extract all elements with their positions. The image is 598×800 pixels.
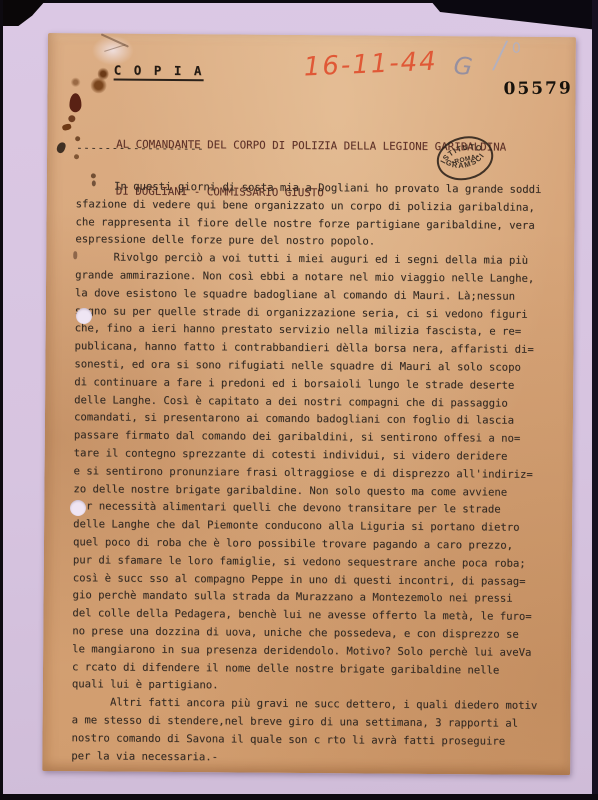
scanner-corner-top-right bbox=[430, 0, 598, 30]
copy-heading: C O P I A bbox=[114, 63, 204, 82]
ink-mark bbox=[56, 141, 67, 154]
document-line: per la via necessaria.- bbox=[71, 748, 537, 769]
stain bbox=[68, 115, 75, 122]
stain bbox=[62, 123, 72, 131]
scanner-edge-bottom bbox=[0, 794, 598, 800]
divider-dashes: ------------------ bbox=[76, 141, 204, 155]
hole-punch bbox=[76, 308, 92, 324]
stain bbox=[92, 180, 96, 186]
scanner-corner-top-left bbox=[0, 0, 46, 26]
pencil-slash-mark: / bbox=[491, 32, 510, 77]
ink-drip-stain bbox=[69, 93, 81, 112]
serial-number-stamp: 05579 bbox=[503, 79, 572, 100]
pencil-mark-letter: G bbox=[452, 51, 474, 81]
stain bbox=[71, 77, 81, 87]
scanned-document-page: { "document": { "copy_label": "C O P I A… bbox=[0, 0, 598, 800]
stain bbox=[73, 251, 77, 259]
stain bbox=[75, 136, 80, 141]
hole-punch bbox=[70, 500, 86, 516]
stain bbox=[74, 154, 79, 159]
scanner-edge-left bbox=[0, 0, 3, 800]
pencil-digit-mark: 0 bbox=[512, 41, 521, 57]
document-body: In questi giorni di sosta mia a Dogliani… bbox=[71, 178, 541, 769]
scanner-edge-right bbox=[592, 0, 598, 800]
handwritten-date: 16-11-44 bbox=[303, 47, 438, 83]
paper: C O P I A 16-11-44 G / 0 05579 AL COMAND… bbox=[42, 33, 576, 775]
stain bbox=[91, 173, 96, 178]
stain bbox=[91, 77, 107, 93]
